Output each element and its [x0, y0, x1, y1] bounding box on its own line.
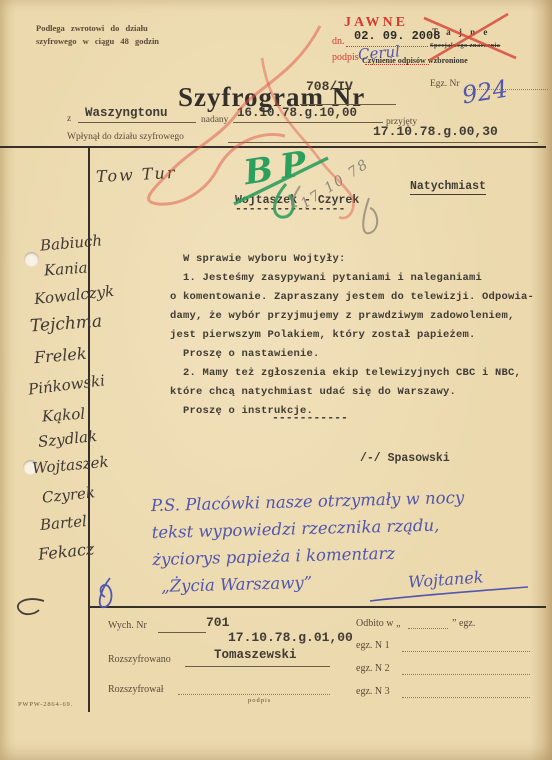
message-body: W sprawie wyboru Wojtyły: 1. Jesteśmy za…	[170, 250, 534, 421]
nadany-label: nadany	[201, 115, 228, 125]
rozszyfrowal-line	[178, 690, 330, 695]
margin-name: Tejchma	[29, 312, 102, 337]
wplynal-label: Wpłynął do działu szyfrowego	[67, 132, 184, 142]
body-line: które chcą natychmiast udać się do Warsz…	[170, 383, 534, 402]
margin-name: Babiuch	[39, 231, 102, 254]
typed-signature: /-/ Spasowski	[360, 452, 450, 465]
body-line: Proszę o nastawienie.	[170, 345, 534, 364]
no-copies-label: Czynienie odpisów wzbronione	[362, 56, 468, 65]
egz-row-2-line	[402, 670, 530, 675]
footer-rule	[88, 606, 546, 608]
return-instruction: Podlega zwrotowi do działu szyfrowego w …	[36, 22, 191, 48]
odbito-line	[408, 624, 448, 629]
margin-name: Frelek	[33, 344, 87, 368]
margin-name: Fekacz	[37, 539, 95, 564]
egz-row-3-line	[402, 693, 530, 698]
egz-row-2: egz. N 2	[356, 663, 390, 674]
dn-label: dn.	[332, 36, 345, 47]
document-number: 708/IV	[306, 79, 353, 94]
sent-line	[233, 114, 383, 123]
body-line: jest pierwszym Polakiem, który został pa…	[170, 326, 534, 345]
podpis-caption: podpis	[248, 697, 271, 704]
rozszyfrowano-line	[185, 662, 330, 667]
ink-arrow-mark	[18, 599, 44, 614]
z-label: z	[67, 114, 71, 124]
margin-name: Pińkowski	[27, 371, 106, 398]
margin-name: Kania	[43, 259, 88, 280]
podpis-label: podpis	[332, 52, 359, 63]
body-line: 1. Jesteśmy zasypywani pytaniami i naleg…	[170, 269, 534, 288]
egz-row-1: egz. N 1	[356, 640, 390, 651]
print-code: PWPW-2864-69.	[18, 701, 73, 708]
received-datetime: 17.10.78.g.00,30	[373, 124, 498, 139]
city-line	[78, 114, 196, 123]
blue-squiggle	[100, 578, 112, 607]
tajne-label: T a j n e	[432, 27, 490, 37]
ps-signature-handwritten: Wojtanek	[407, 567, 484, 591]
odbito-suffix: ” egz.	[452, 618, 475, 629]
margin-name: Kąkol	[41, 405, 85, 426]
red-cross-stroke	[430, 14, 508, 60]
egz-row-3: egz. N 3	[356, 686, 390, 697]
punch-hole-top	[24, 252, 39, 267]
tow-note-handwritten: Tow Tur	[96, 163, 177, 186]
margin-name: Bartel	[39, 512, 87, 534]
body-line: 2. Mamy też zgłoszenia ekip telewizyjnyc…	[170, 364, 534, 383]
body-separator: -----------	[272, 412, 348, 425]
pencil-flourish-2	[363, 198, 377, 233]
rozszyfrowal-label: Rozszyfrował	[108, 684, 164, 695]
margin-name: Wojtaszek	[31, 453, 109, 478]
return-instruction-line2: szyfrowego w ciągu 48 godzin	[36, 35, 191, 48]
rozszyfrowano-label: Rozszyfrowano	[108, 654, 171, 665]
wych-number: 701	[206, 615, 229, 630]
body-line: damy, że wybór przyjmujemy z prawdziwym …	[170, 307, 534, 326]
return-instruction-line1: Podlega zwrotowi do działu	[36, 22, 191, 35]
number-line	[300, 96, 396, 105]
margin-name: Kowalczyk	[33, 282, 115, 308]
egz-nr-label: Egz. Nr	[430, 79, 460, 89]
special-label: Specjalnego znaczenia	[430, 42, 500, 49]
bp-mark-handwritten: BP	[241, 143, 317, 194]
body-line: W sprawie wyboru Wojtyły:	[170, 250, 534, 269]
wych-line	[158, 628, 206, 633]
egz-row-1-line	[402, 647, 530, 652]
rozszyfrowano-value: Tomaszewski	[214, 648, 297, 662]
scanned-document: Podlega zwrotowi do działu szyfrowego w …	[0, 0, 552, 760]
egz-number-handwritten: 924	[460, 75, 510, 110]
odbito-label: Odbito w „	[356, 618, 400, 629]
addressees-dashes: ----------------	[235, 203, 345, 216]
footer-datetime: 17.10.78.g.01,00	[228, 630, 353, 645]
body-line: o komentowanie. Zapraszany jestem do tel…	[170, 288, 534, 307]
wych-nr-label: Wych. Nr	[108, 620, 147, 631]
body-line: Proszę o instrukcje.	[170, 402, 534, 421]
priority-label: Natychmiast	[410, 180, 486, 195]
